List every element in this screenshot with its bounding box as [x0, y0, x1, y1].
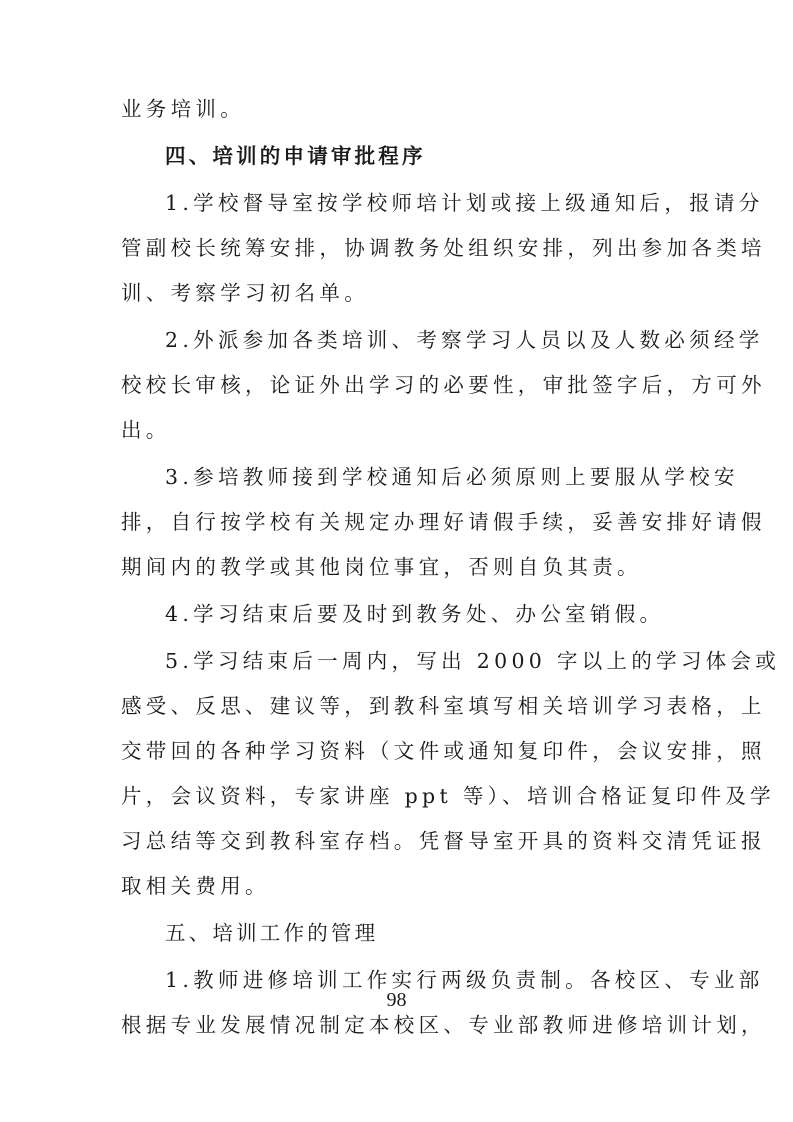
- paragraph-line: 校校长审核，论证外出学习的必要性，审批签字后，方可外: [121, 371, 673, 399]
- paragraph-line: 片，会议资料，专家讲座 ppt 等）、培训合格证复印件及学: [121, 782, 673, 810]
- paragraph-line: 期间内的教学或其他岗位事宜，否则自负其责。: [121, 553, 673, 581]
- paragraph-line: 1.学校督导室按学校师培计划或接上级通知后，报请分: [165, 189, 673, 217]
- document-page: 业务培训。四、培训的申请审批程序1.学校督导室按学校师培计划或接上级通知后，报请…: [0, 0, 793, 1122]
- paragraph-line: 3.参培教师接到学校通知后必须原则上要服从学校安: [165, 463, 673, 491]
- paragraph-line: 4.学习结束后要及时到教务处、办公室销假。: [165, 600, 673, 628]
- paragraph-line: 交带回的各种学习资料（文件或通知复印件，会议安排，照: [121, 737, 673, 765]
- paragraph-line: 取相关费用。: [121, 872, 673, 900]
- section-heading: 五、培训工作的管理: [165, 919, 673, 947]
- paragraph-line: 根据专业发展情况制定本校区、专业部教师进修培训计划，: [121, 1011, 673, 1039]
- paragraph-line: 训、考察学习初名单。: [121, 279, 673, 307]
- paragraph-line: 2.外派参加各类培训、考察学习人员以及人数必须经学: [165, 326, 673, 354]
- paragraph-line: 5.学习结束后一周内，写出 2000 字以上的学习体会或: [165, 647, 673, 675]
- paragraph-line: 出。: [121, 416, 673, 444]
- paragraph-line: 管副校长统筹安排，协调教务处组织安排，列出参加各类培: [121, 234, 673, 262]
- paragraph-line: 习总结等交到教科室存档。凭督导室开具的资料交清凭证报: [121, 827, 673, 855]
- paragraph-line: 排，自行按学校有关规定办理好请假手续，妥善安排好请假: [121, 508, 673, 536]
- page-number: 98: [0, 988, 793, 1012]
- paragraph-line: 感受、反思、建议等，到教科室填写相关培训学习表格，上: [121, 692, 673, 720]
- paragraph-line: 业务培训。: [121, 95, 673, 123]
- section-heading: 四、培训的申请审批程序: [165, 142, 673, 170]
